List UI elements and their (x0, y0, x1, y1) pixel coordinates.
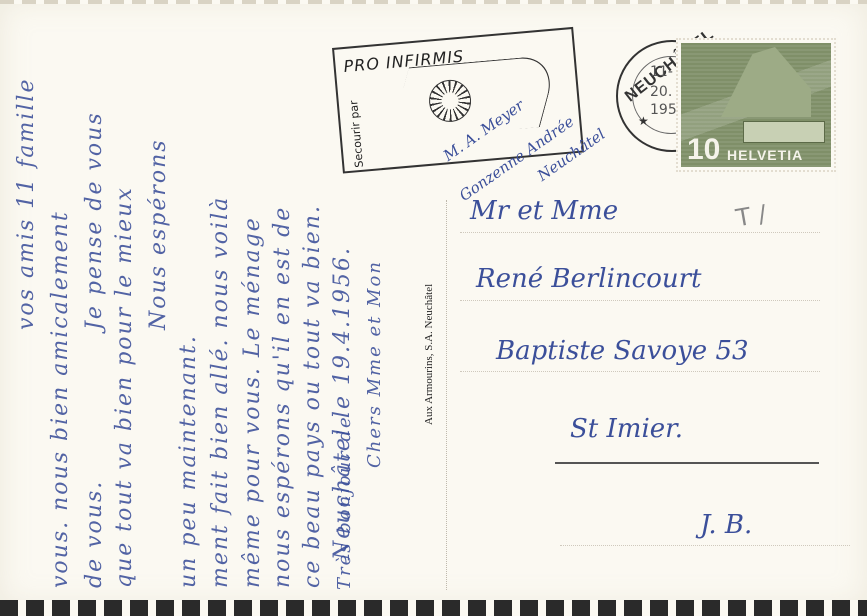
message-line: Chers Mme et Mon (364, 260, 385, 468)
address-rule-underline (555, 462, 819, 464)
deckle-edge-bottom (0, 600, 867, 616)
message-line: de vous. (82, 480, 107, 588)
star-icon: ★ (638, 114, 649, 128)
stamp-value: 10 (687, 135, 720, 165)
stamp-face: 10 HELVETIA (681, 43, 831, 167)
address-line: Baptiste Savoye 53 (496, 336, 749, 366)
slogan-subtitle: Secourir par (345, 77, 366, 168)
message-line: Nous espérons (146, 138, 171, 330)
address-rule (460, 371, 820, 372)
address-line: St Imier. (570, 414, 683, 444)
address-line: René Berlincourt (476, 264, 702, 294)
message-line: que tout va bien pour le mieux (112, 186, 137, 588)
address-rule (460, 232, 820, 233)
mountain-icon (721, 47, 811, 117)
address-rule (460, 300, 820, 301)
publisher-imprint: Aux Armourins, S.A. Neuchâtel (423, 205, 437, 425)
pencil-mark: T / (734, 200, 769, 233)
address-rule (560, 545, 850, 546)
message-line: un peu maintenant. (176, 334, 201, 588)
message-line: ment fait bien allé. nous voilà (208, 196, 233, 588)
message-line: nous espérons qu'il en est de (270, 206, 295, 588)
divider-line (446, 200, 447, 590)
message-line: Très bonjour de (334, 415, 355, 590)
postage-stamp: 10 HELVETIA (676, 38, 836, 172)
message-line: même pour vous. Le ménage (240, 216, 265, 588)
postcard-back: Neuchâtel le 19.4.1956. Chers Mme et Mon… (0, 0, 867, 606)
address-line: J. B. (700, 510, 752, 540)
railway-car-icon (743, 121, 825, 143)
message-line: vos amis 11 famille (14, 78, 39, 331)
stamp-country: HELVETIA (727, 147, 803, 163)
message-line: Je pense de vous (82, 111, 107, 330)
cancellation-line: 11- (650, 64, 673, 80)
deckle-edge-top (0, 0, 867, 4)
message-line: ce beau pays ou tout va bien. (300, 204, 325, 588)
address-line: Mr et Mme (470, 196, 618, 226)
message-line: vous. nous bien amicalement (48, 210, 73, 588)
cancellation-line: 20. (650, 84, 672, 100)
